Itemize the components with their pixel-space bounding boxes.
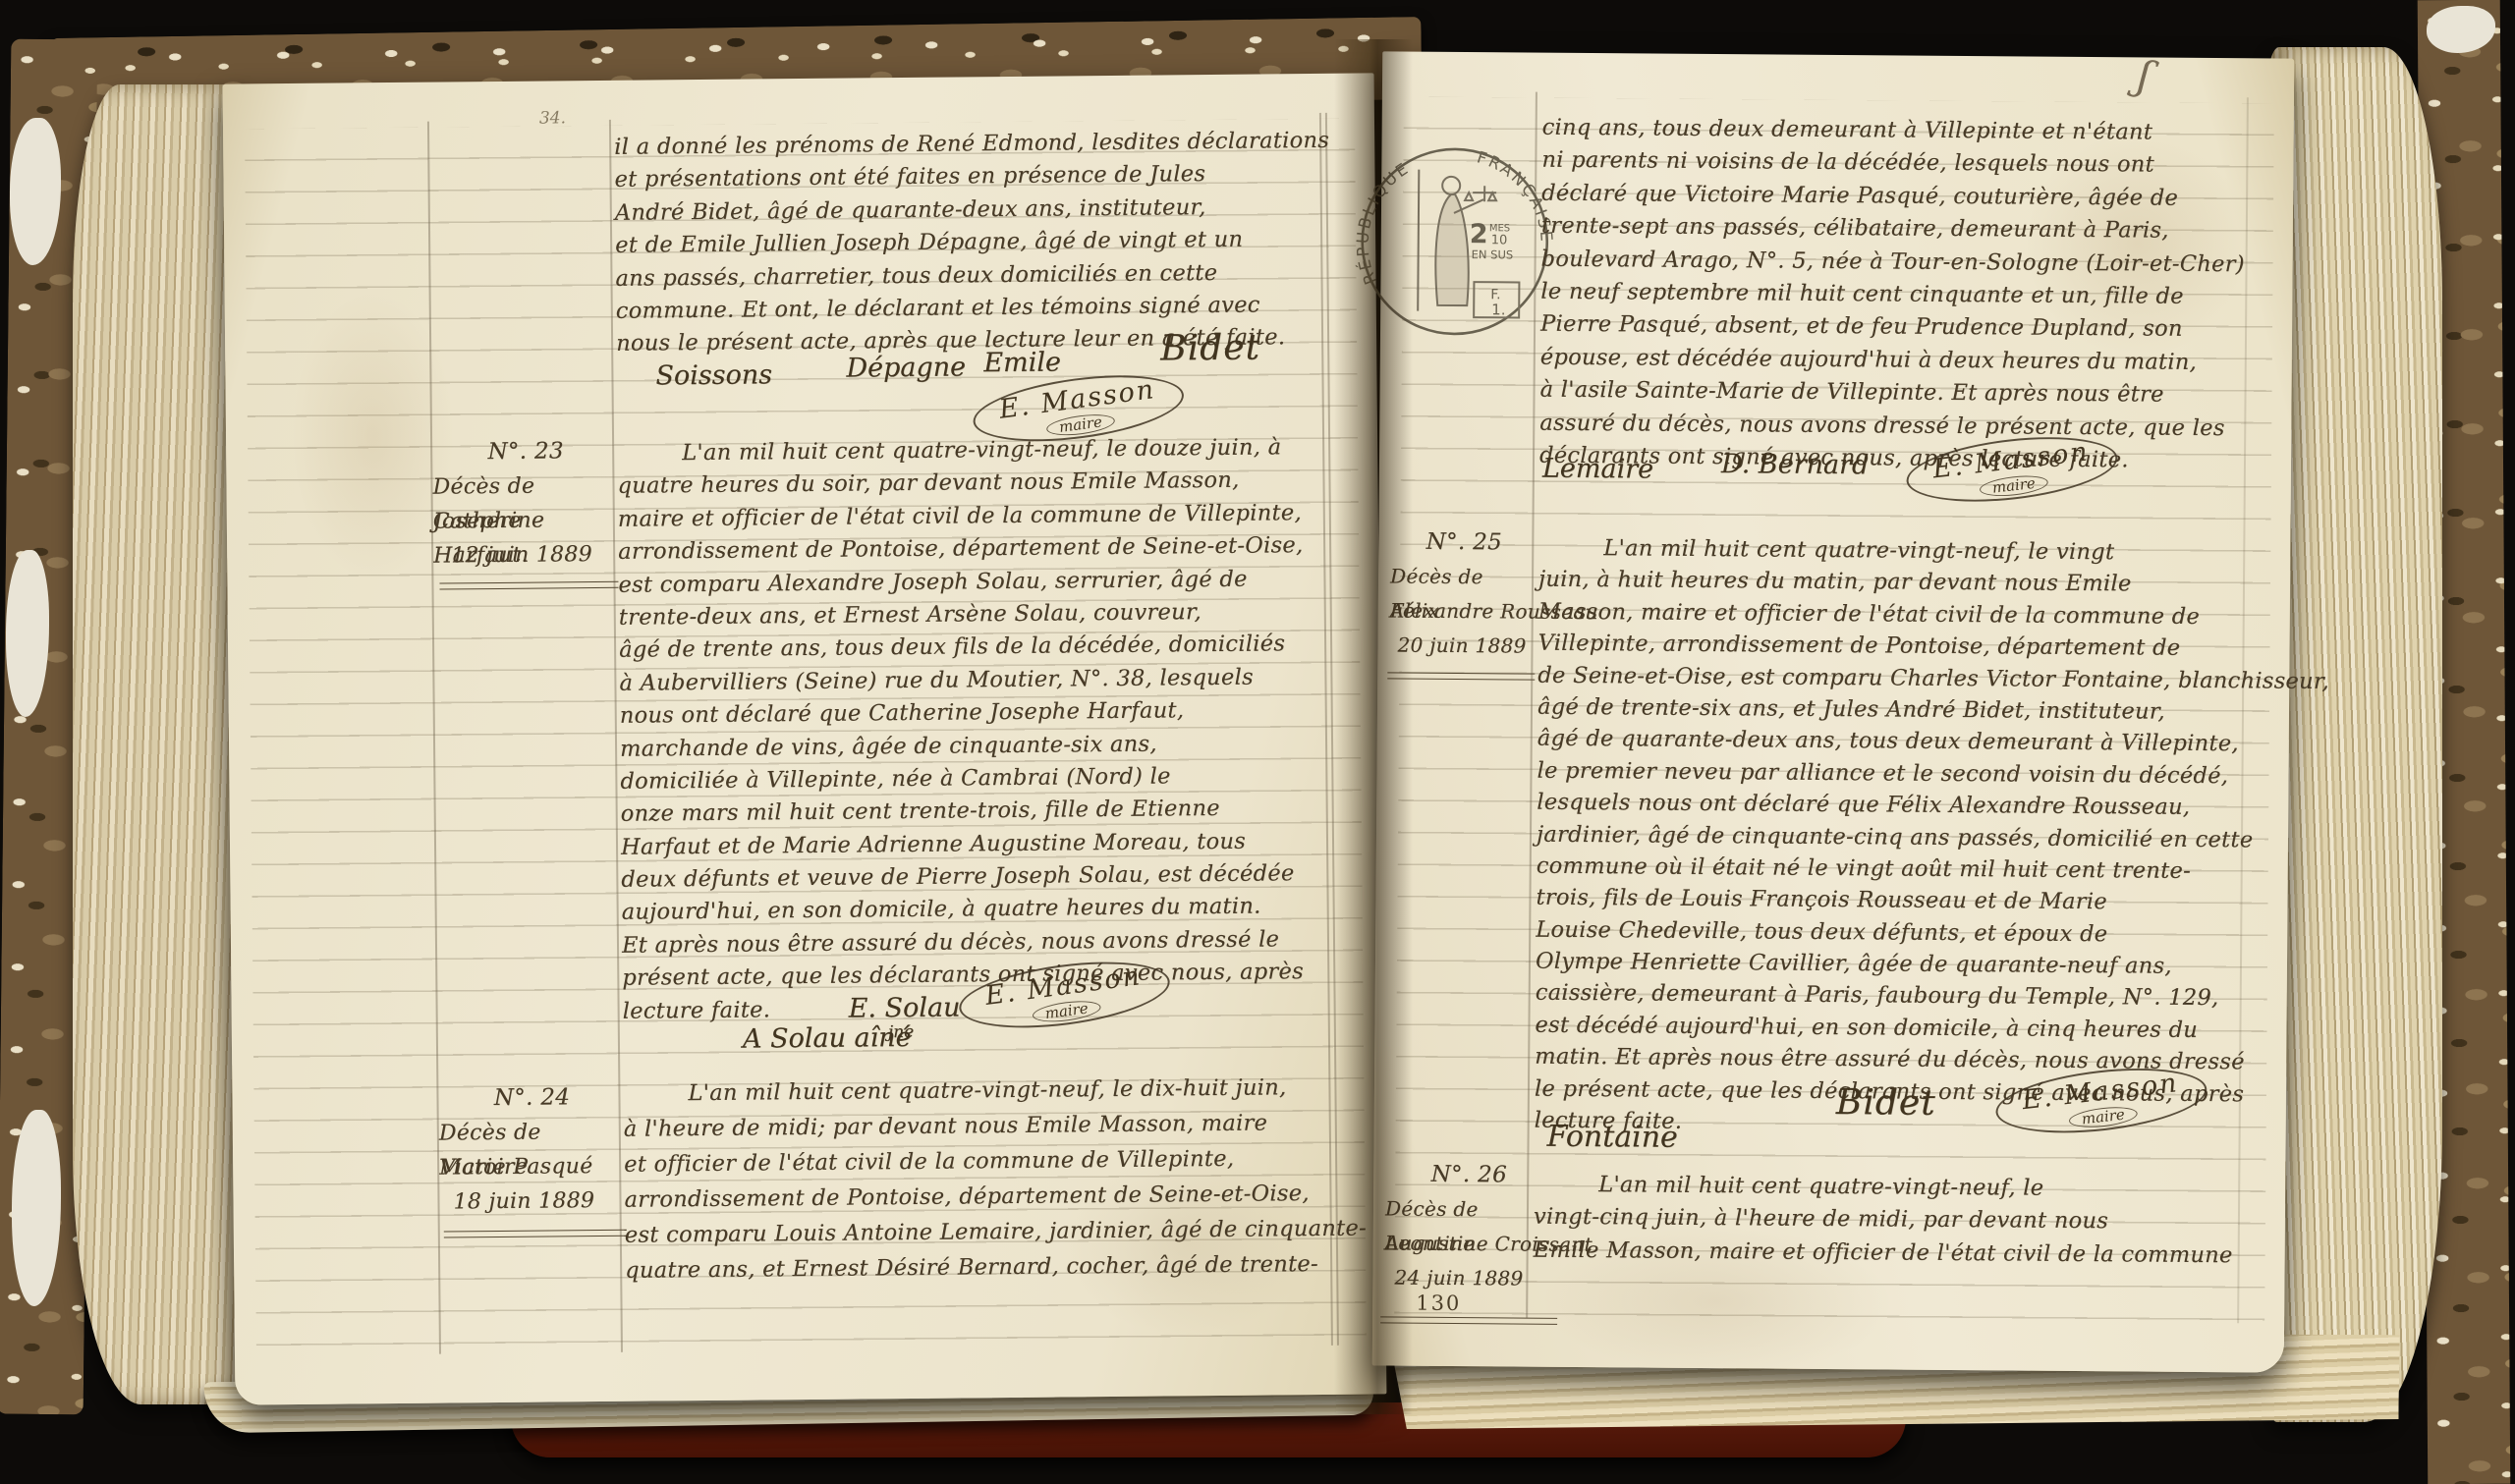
act26-margin-note: N°. 26 Décès de Leontine Augustine Crois… xyxy=(1384,1157,1552,1295)
handwritten-line: présent acte, que les déclarants ont sig… xyxy=(622,956,1308,995)
act-title-line2: Augustine Croissant xyxy=(1385,1226,1552,1261)
act-title-line2: Marie Pasqué xyxy=(439,1149,626,1185)
witness-signature-depagne: Dépagne xyxy=(846,352,966,383)
act24-continuation-text: cinq ans, tous deux demeurant à Villepin… xyxy=(1539,112,2246,478)
handwritten-line: quatre ans, et Ernest Désiré Bernard, co… xyxy=(625,1246,1367,1289)
handwritten-line: cinq ans, tous deux demeurant à Villepin… xyxy=(1542,112,2246,150)
handwritten-line: L'an mil huit cent quatre-vingt-neuf, le xyxy=(1534,1169,2233,1207)
stamp-arc-left-text: RÉPUBLIQUE xyxy=(1355,158,1414,288)
right-register-page: ʃ RÉPUBLIQUE FRANÇAISE xyxy=(1372,51,2294,1372)
handwritten-line: déclaré que Victoire Marie Pasqué, coutu… xyxy=(1541,177,2245,215)
act-date: 20 juin 1889 xyxy=(1389,628,1537,663)
declarant-signature-solau-aine: A Solau aîné xyxy=(743,1022,912,1055)
stamp-value-num: 10 xyxy=(1491,233,1508,247)
act-title-line1: Décès de Catherine xyxy=(432,468,619,505)
handwritten-line: boulevard Arago, N°. 5, née à Tour-en-So… xyxy=(1540,243,2244,281)
declarant-signature-lemaire: Lemaire xyxy=(1542,454,1653,485)
act-title-line1: Décès de Félix xyxy=(1390,559,1537,594)
act25-margin-note: N°. 25 Décès de Félix Alexandre Rousseau… xyxy=(1389,524,1537,663)
declarant-signature-bidet: Bidet xyxy=(1836,1082,1936,1124)
stamp-pedestal-1: 1. xyxy=(1491,301,1505,318)
handwritten-line: à l'heure de midi; par devant nous Emile… xyxy=(624,1105,1366,1147)
act-title-line2: Alexandre Rousseau xyxy=(1390,593,1537,629)
handwritten-line: Emile Masson, maire et officier de l'éta… xyxy=(1534,1234,2233,1272)
handwritten-line: épouse, est décédée aujourd'hui à deux h… xyxy=(1540,341,2244,379)
act-number: N°. 26 xyxy=(1385,1157,1552,1192)
act24-margin-note: N°. 24 Décès de Victoire Marie Pasqué 18… xyxy=(438,1080,626,1220)
left-register-page: 34. il a donné les prénoms de René Edmon… xyxy=(223,73,1387,1404)
act25-text: L'an mil huit cent quatre-vingt-neuf, le… xyxy=(1535,532,2330,1143)
act26-text: L'an mil huit cent quatre-vingt-neuf, le… xyxy=(1534,1169,2234,1273)
act-date: 12 juin 1889 xyxy=(433,537,620,574)
declarant-signature-bernard: D. Bernard xyxy=(1721,449,1870,480)
declarant-signature-fontaine: Fontaine xyxy=(1546,1120,1677,1155)
act-title-line1: Décès de Leontine xyxy=(1385,1191,1552,1227)
fiscal-stamp-republique-francaise: RÉPUBLIQUE FRANÇAISE 2 MES 10 EN SUS F. … xyxy=(1355,136,1555,348)
margin-separator-rule xyxy=(1387,672,1535,680)
handwritten-line: assuré du décès, nous avons dressé le pr… xyxy=(1539,407,2243,445)
handwritten-line: vingt-cinq juin, à l'heure de midi, par … xyxy=(1534,1201,2233,1239)
act-title-line1: Décès de Victoire xyxy=(439,1115,626,1151)
act-date: 18 juin 1889 xyxy=(439,1183,626,1220)
act-number: N°. 25 xyxy=(1390,524,1537,560)
witness-signature-soissons: Soissons xyxy=(655,359,772,391)
handwritten-line: et de Emile Jullien Joseph Dépagne, âgé … xyxy=(615,223,1330,262)
handwritten-line: Pierre Pasqué, absent, et de feu Prudenc… xyxy=(1540,308,2244,347)
margin-separator-rule xyxy=(444,1230,627,1238)
svg-text:RÉPUBLIQUE: RÉPUBLIQUE xyxy=(1355,158,1414,288)
witness-signature-emile: Emile xyxy=(983,347,1061,378)
handwritten-line: trente-sept ans passés, célibataire, dem… xyxy=(1541,210,2245,248)
corner-ink-flourish: ʃ xyxy=(2134,51,2155,100)
signature-suffix-jne: jne xyxy=(888,1022,914,1042)
act-number: N°. 23 xyxy=(432,434,619,470)
handwritten-line: à l'asile Sainte-Marie de Villepinte. Et… xyxy=(1539,374,2243,412)
handwritten-line: ni parents ni voisins de la décédée, les… xyxy=(1541,144,2245,183)
act-number: N°. 24 xyxy=(438,1080,625,1117)
folio-corner-mark: 34. xyxy=(539,108,566,128)
margin-separator-rule xyxy=(439,581,618,590)
stamp-value-sub: EN SUS xyxy=(1472,247,1514,261)
declarant-signature-solau-jeune: E. Solau xyxy=(848,992,960,1023)
act-continuation-text: il a donné les prénoms de René Edmond, l… xyxy=(614,125,1331,361)
act23-text: L'an mil huit cent quatre-vingt-neuf, le… xyxy=(617,431,1308,1028)
margin-separator-rule xyxy=(1380,1316,1557,1324)
witness-signature-bidet: Bidet xyxy=(1160,328,1260,369)
act24-text: L'an mil huit cent quatre-vingt-neuf, le… xyxy=(623,1070,1367,1289)
page-block-fore-edge-left xyxy=(73,84,248,1404)
stamp-value-main: 2 xyxy=(1470,219,1488,249)
act23-margin-note: N°. 23 Décès de Catherine Josephe Harfau… xyxy=(432,434,620,574)
photograph-of-register: 34. il a donné les prénoms de René Edmon… xyxy=(0,0,2515,1484)
folio-page-number: 130 xyxy=(1416,1292,1461,1315)
act-date: 24 juin 1889 xyxy=(1384,1260,1551,1295)
handwritten-line: le neuf septembre mil huit cent cinquant… xyxy=(1540,276,2244,314)
handwritten-line: à Aubervilliers (Seine) rue du Moutier, … xyxy=(619,661,1305,700)
